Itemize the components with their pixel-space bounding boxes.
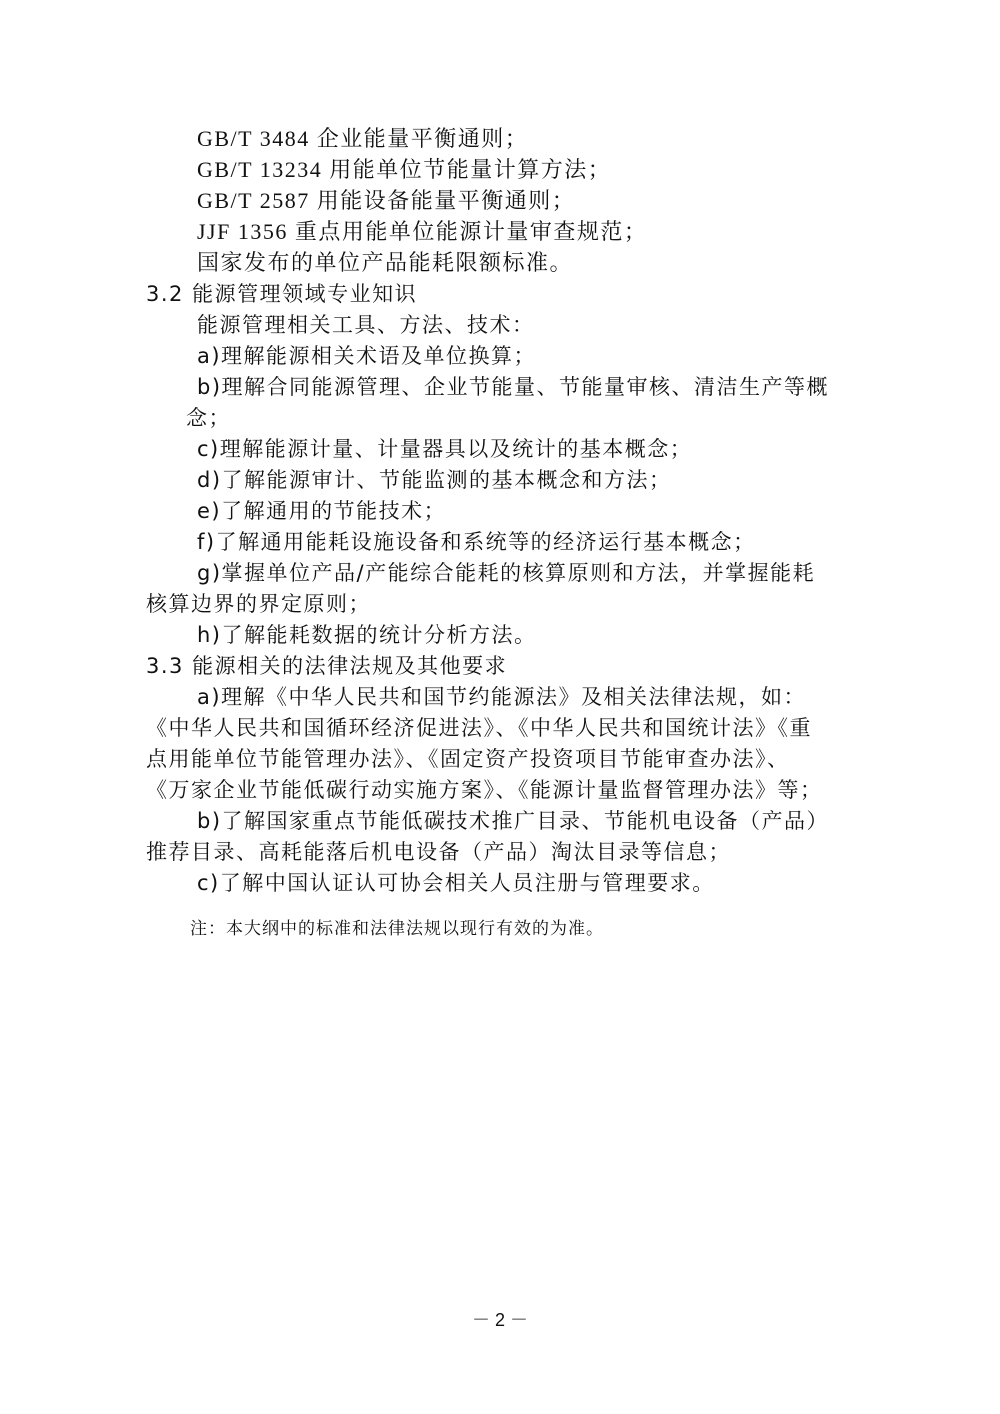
list-item: a)理解能源相关术语及单位换算； [197, 341, 536, 371]
standard-item: GB/T 2587 用能设备能量平衡通则； [197, 186, 575, 216]
standard-item: JJF 1356 重点用能单位能源计量审查规范； [197, 217, 647, 247]
list-item: c)了解中国认证认可协会相关人员注册与管理要求。 [197, 868, 715, 898]
list-item: g)掌握单位产品/产能综合能耗的核算原则和方法，并掌握能耗 [197, 558, 815, 588]
list-item-continuation: 核算边界的界定原则； [146, 589, 371, 619]
list-item-continuation: 推荐目录、高耗能落后机电设备（产品）淘汰目录等信息； [146, 837, 731, 867]
standard-item: GB/T 13234 用能单位节能量计算方法； [197, 155, 611, 185]
section-heading-3-2: 3.2 能源管理领域专业知识 [146, 279, 417, 309]
section-intro: 能源管理相关工具、方法、技术： [197, 310, 535, 340]
list-item: e)了解通用的节能技术； [197, 496, 446, 526]
list-item: b)理解合同能源管理、企业节能量、节能量审核、清洁生产等概 [197, 372, 829, 402]
standard-item: GB/T 3484 企业能量平衡通则； [197, 124, 528, 154]
list-item: h)了解能耗数据的统计分析方法。 [197, 620, 537, 650]
list-item-continuation: 念； [186, 403, 231, 433]
list-item: d)了解能源审计、节能监测的基本概念和方法； [197, 465, 672, 495]
list-item: b)了解国家重点节能低碳技术推广目录、节能机电设备（产品） [197, 806, 829, 836]
list-item: a)理解《中华人民共和国节约能源法》及相关法律法规，如： [197, 682, 806, 712]
footnote: 注：本大纲中的标准和法律法规以现行有效的为准。 [190, 914, 604, 944]
list-item: f)了解通用能耗设施设备和系统等的经济运行基本概念； [197, 527, 756, 557]
page-number: － 2 － [0, 1306, 1000, 1332]
list-item-continuation: 点用能单位节能管理办法》、《固定资产投资项目节能审查办法》、 [146, 744, 790, 774]
list-item-continuation: 《万家企业节能低碳行动实施方案》、《能源计量监督管理办法》等； [146, 775, 823, 805]
list-item-continuation: 《中华人民共和国循环经济促进法》、《中华人民共和国统计法》《重 [146, 713, 812, 743]
list-item: c)理解能源计量、计量器具以及统计的基本概念； [197, 434, 692, 464]
standard-item: 国家发布的单位产品能耗限额标准。 [197, 248, 573, 278]
section-heading-3-3: 3.3 能源相关的法律法规及其他要求 [146, 651, 507, 681]
